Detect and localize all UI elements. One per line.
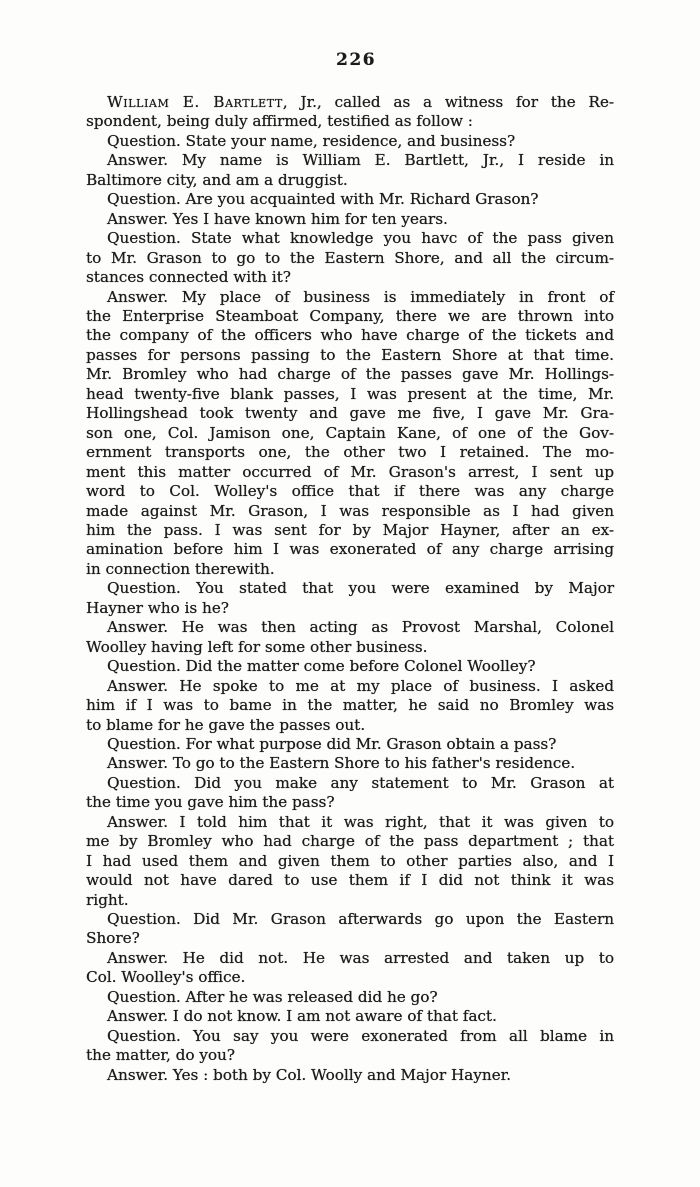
text-line: Question. Are you acquainted with Mr. Ri… [86, 190, 614, 209]
text-line: Baltimore city, and am a druggist. [86, 171, 614, 190]
text-line: word to Col. Wolley's office that if the… [86, 482, 614, 501]
text-line-rest: , Jr., called as a witness for the Re- [283, 93, 614, 111]
text-line: Answer. My place of business is immediat… [86, 288, 614, 307]
text-line: Answer. He did not. He was arrested and … [86, 949, 614, 968]
text-line: me by Bromley who had charge of the pass… [86, 832, 614, 851]
text-line: Answer. I told him that it was right, th… [86, 813, 614, 832]
text-line: Question. You stated that you were exami… [86, 579, 614, 598]
text-line: in connection therewith. [86, 560, 614, 579]
text-line: Question. After he was released did he g… [86, 988, 614, 1007]
text-line: Hayner who is he? [86, 599, 614, 618]
text-line: Answer. Yes I have known him for ten yea… [86, 210, 614, 229]
text-line: Mr. Bromley who had charge of the passes… [86, 365, 614, 384]
text-line: stances connected with it? [86, 268, 614, 287]
text-line: Question. State what knowledge you havc … [86, 229, 614, 248]
text-line: would not have dared to use them if I di… [86, 871, 614, 890]
text-line: him the pass. I was sent for by Major Ha… [86, 521, 614, 540]
text-line: Answer. To go to the Eastern Shore to hi… [86, 754, 614, 773]
text-line: Question. You say you were exonerated fr… [86, 1027, 614, 1046]
text-line: Question. State your name, residence, an… [86, 132, 614, 151]
text-line: Col. Woolley's office. [86, 968, 614, 987]
text-line: Answer. I do not know. I am not aware of… [86, 1007, 614, 1026]
text-line: passes for persons passing to the Easter… [86, 346, 614, 365]
text-line: Answer. My name is William E. Bartlett, … [86, 151, 614, 170]
text-line: Answer. Yes : both by Col. Woolly and Ma… [86, 1066, 614, 1085]
text-line: Woolley having left for some other busin… [86, 638, 614, 657]
page-number: 226 [92, 50, 620, 70]
text-line: him if I was to bame in the matter, he s… [86, 696, 614, 715]
text-line: Question. For what purpose did Mr. Graso… [86, 735, 614, 754]
text-line: the matter, do you? [86, 1046, 614, 1065]
text-line: Hollingshead took twenty and gave me fiv… [86, 404, 614, 423]
text-line: Question. Did you make any statement to … [86, 774, 614, 793]
testimony-text: William E. Bartlett, Jr., called as a wi… [86, 93, 614, 1085]
text-line: ment this matter occurred of Mr. Grason'… [86, 463, 614, 482]
text-line: to Mr. Grason to go to the Eastern Shore… [86, 249, 614, 268]
text-line: Answer. He was then acting as Provost Ma… [86, 618, 614, 637]
text-line: son one, Col. Jamison one, Captain Kane,… [86, 424, 614, 443]
text-line: made against Mr. Grason, I was responsib… [86, 502, 614, 521]
text-line: Question. Did Mr. Grason afterwards go u… [86, 910, 614, 929]
witness-name: William E. Bartlett [107, 93, 283, 111]
text-line: to blame for he gave the passes out. [86, 716, 614, 735]
text-line: Question. Did the matter come before Col… [86, 657, 614, 676]
text-line: Shore? [86, 929, 614, 948]
text-line: I had used them and given them to other … [86, 852, 614, 871]
text-line: spondent, being duly affirmed, testified… [86, 112, 614, 131]
text-line: William E. Bartlett, Jr., called as a wi… [86, 93, 614, 112]
text-line: ernment transports one, the other two I … [86, 443, 614, 462]
scanned-page: 226 William E. Bartlett, Jr., called as … [0, 0, 700, 1187]
text-line: amination before him I was exonerated of… [86, 540, 614, 559]
text-line: right. [86, 891, 614, 910]
text-line: the company of the officers who have cha… [86, 326, 614, 345]
text-line: Answer. He spoke to me at my place of bu… [86, 677, 614, 696]
text-line: the time you gave him the pass? [86, 793, 614, 812]
text-line: the Enterprise Steamboat Company, there … [86, 307, 614, 326]
text-line: head twenty-five blank passes, I was pre… [86, 385, 614, 404]
